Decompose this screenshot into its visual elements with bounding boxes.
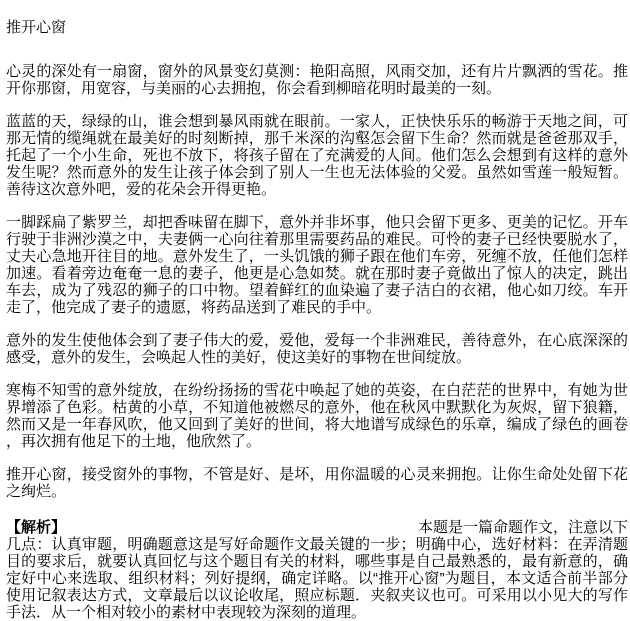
- analysis-header: 【解析】 本题是一篇命题作文，注意以下: [6, 519, 628, 536]
- essay-paragraph-6: 推开心窗，接受窗外的事物，不管是好、是坏，用你温暖的心灵来拥抱。让你生命处处留下…: [6, 466, 628, 500]
- essay-paragraph-1: 心灵的深处有一扇窗，窗外的风景变幻莫测：艳阳高照，风雨交加，还有片片飘洒的雪花。…: [6, 63, 628, 97]
- essay-title: 推开心窗: [6, 19, 628, 36]
- essay-paragraph-3: 一脚踩扁了紫罗兰，却把香味留在脚下，意外并非坏事，他只会留下更多、更美的记忆。开…: [6, 214, 628, 316]
- essay-paragraph-5: 寒梅不知雪的意外绽放，在纷纷扬扬的雪花中唤起了她的英姿，在白茫茫的世界中，有她为…: [6, 382, 628, 450]
- essay-paragraph-2: 蓝蓝的天，绿绿的山，谁会想到暴风雨就在眼前。一家人，正快快乐乐的畅游于天地之间，…: [6, 113, 628, 198]
- analysis-intro-text: 本题是一篇命题作文，注意以下: [418, 519, 628, 536]
- essay-document: 推开心窗 心灵的深处有一扇窗，窗外的风景变幻莫测：艳阳高照，风雨交加，还有片片飘…: [0, 0, 630, 621]
- analysis-body-text: 几点：认真审题，明确题意这是写好命题作文最关键的一步；明确中心，选好材料：在弄清…: [6, 536, 628, 621]
- analysis-label: 【解析】: [6, 519, 66, 536]
- essay-paragraph-4: 意外的发生使他体会到了妻子伟大的爱，爱他，爱每一个非洲难民，善待意外，在心底深深…: [6, 332, 628, 366]
